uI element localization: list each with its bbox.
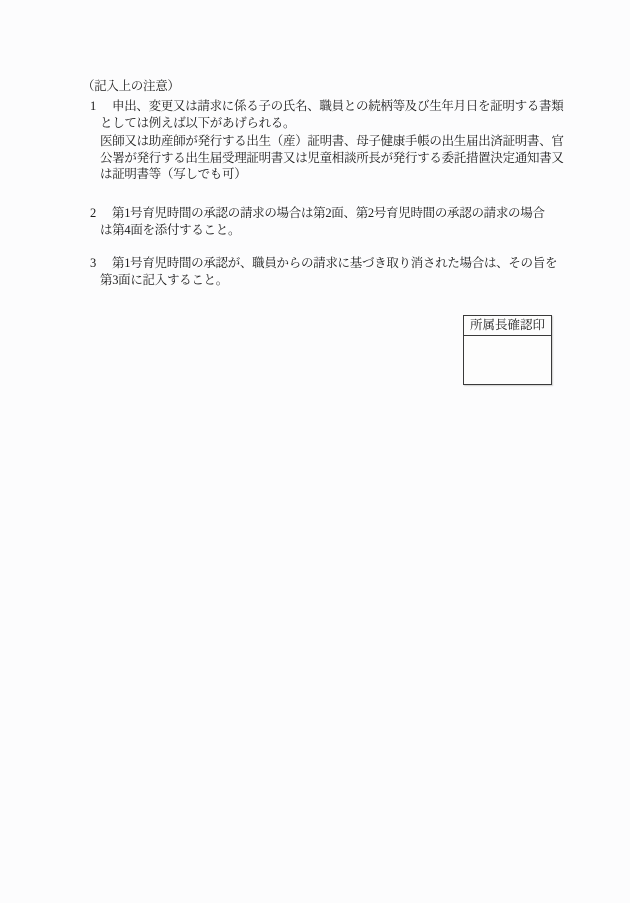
stamp-box: 所属長確認印	[463, 315, 552, 385]
item-2-line-1-text: 第1号育児時間の承認の請求の場合は第2面、第2号育児時間の承認の請求の場合	[112, 206, 545, 220]
item-2-number: 2	[90, 205, 112, 221]
document-page: （記入上の注意） 1申出、変更又は請求に係る子の氏名、職員との続柄等及び生年月日…	[0, 0, 630, 903]
stamp-box-label: 所属長確認印	[464, 316, 551, 336]
item-1-number: 1	[90, 98, 112, 114]
notes-title: （記入上の注意）	[82, 78, 180, 94]
item-2-line-1: 2第1号育児時間の承認の請求の場合は第2面、第2号育児時間の承認の請求の場合	[90, 205, 545, 221]
stamp-area	[464, 336, 551, 385]
item-3-line-1-text: 第1号育児時間の承認が、職員からの請求に基づき取り消された場合は、その旨を	[112, 256, 557, 270]
item-2-line-2: は第4面を添付すること。	[100, 222, 240, 238]
item-3-number: 3	[90, 255, 112, 271]
item-1-line-1: 1申出、変更又は請求に係る子の氏名、職員との続柄等及び生年月日を証明する書類	[90, 98, 563, 114]
item-1-line-2: としては例えば以下があげられる。	[100, 115, 295, 131]
item-3-line-1: 3第1号育児時間の承認が、職員からの請求に基づき取り消された場合は、その旨を	[90, 255, 557, 271]
item-3-line-2: 第3面に記入すること。	[100, 272, 228, 288]
item-1-line-5: は証明書等（写しでも可）	[100, 166, 246, 182]
item-1-line-1-text: 申出、変更又は請求に係る子の氏名、職員との続柄等及び生年月日を証明する書類	[112, 99, 563, 113]
item-1-line-3: 医師又は助産師が発行する出生（産）証明書、母子健康手帳の出生届出済証明書、官	[100, 133, 564, 149]
item-1-line-4: 公署が発行する出生届受理証明書又は児童相談所長が発行する委託措置決定通知書又	[100, 150, 564, 166]
